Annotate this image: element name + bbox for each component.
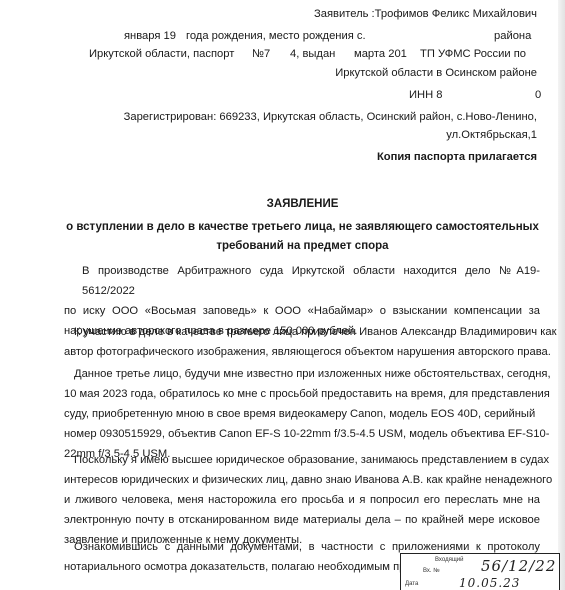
passport-issued: 4, выдан [290, 48, 335, 60]
passport-issuer: ТП УФМС России по [420, 48, 526, 60]
paragraph-line: 10 мая 2023 года, обратилось ко мне с пр… [64, 384, 540, 404]
document-heading: ЗАЯВЛЕНИЕ [0, 198, 565, 210]
paragraph-third-party: К участию в деле в качестве третьего лиц… [64, 322, 540, 362]
paragraph-line: интересов юридических и физических лиц, … [64, 470, 540, 490]
document-subtitle-line2: требований на предмет спора [0, 240, 565, 252]
registered-address-line1: Зарегистрирован: 669233, Иркутская облас… [124, 111, 537, 123]
birth-place: года рождения, место рождения с. [186, 30, 366, 42]
inn-label: ИНН 8 [409, 89, 443, 101]
passport-date: марта 201 [354, 48, 407, 60]
stamp-handwritten-date: 10.05.23 [459, 576, 520, 590]
passport-number: №7 [252, 48, 270, 60]
stamp-row-date: Дата [405, 581, 418, 587]
paragraph-line: Данное третье лицо, будучи мне известно … [64, 364, 540, 384]
incoming-stamp: Входящий Вх. № Дата 56/12/22 10.05.23 [400, 553, 560, 590]
paragraph-line: В производстве Арбитражного суда Иркутск… [64, 261, 540, 301]
birth-date: января 19 [124, 30, 176, 42]
paragraph-line: Поскольку я имею высшее юридическое обра… [64, 450, 540, 470]
stamp-handwritten-number: 56/12/22 [481, 557, 556, 575]
applicant-name: Заявитель :Трофимов Феликс Михайлович [314, 8, 537, 20]
paragraph-legal-background: Поскольку я имею высшее юридическое обра… [64, 450, 540, 550]
paragraph-camera-request: Данное третье лицо, будучи мне известно … [64, 364, 540, 464]
stamp-row-number: Вх. № [423, 568, 440, 574]
scan-edge [558, 0, 565, 590]
document-subtitle-line1: о вступлении в дело в качестве третьего … [0, 221, 565, 233]
paragraph-line: электронную почту в отсканированном виде… [64, 510, 540, 530]
registered-address-line2: ул.Октябрьская,1 [446, 129, 537, 141]
passport-region: Иркутской области, паспорт [89, 48, 234, 60]
paragraph-line: автор фотографического изображения, явля… [64, 342, 540, 362]
passport-issuer-region: Иркутской области в Осинском районе [335, 67, 537, 79]
birth-district: района [494, 30, 531, 42]
stamp-row-incoming: Входящий [435, 557, 463, 563]
paragraph-line: К участию в деле в качестве третьего лиц… [64, 322, 540, 342]
paragraph-line: суду, приобретенную мною в свое время ви… [64, 404, 540, 424]
inn-tail: 0 [535, 89, 541, 101]
passport-copy-note: Копия паспорта прилагается [377, 151, 537, 163]
paragraph-line: и лживого человека, меня насторожила его… [64, 490, 540, 510]
paragraph-line: номер 0930515929, объектив Canon EF-S 10… [64, 424, 540, 444]
paragraph-line: по иску ООО «Восьмая заповедь» к ООО «На… [64, 301, 540, 321]
